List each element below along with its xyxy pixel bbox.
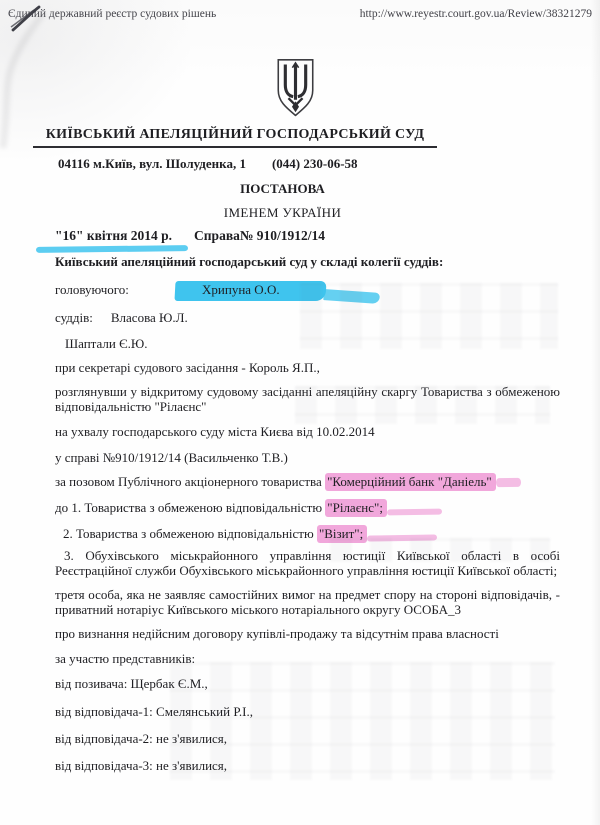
- presiding-judge-label: головуючого:: [55, 283, 129, 298]
- respondent-2-line: 2. Товариства з обмеженою відповідальніс…: [63, 527, 568, 542]
- secretary-line: при секретарі судового засідання - Корол…: [55, 361, 560, 376]
- court-phone: (044) 230-06-58: [272, 156, 358, 172]
- presiding-judge-highlight: Хрипуна О.О.: [174, 281, 326, 301]
- date-case-line: "16" квітня 2014 р. Справа№ 910/1912/14: [55, 228, 325, 244]
- plaintiff-bank-highlight: "Комерційний банк "Даніель": [325, 473, 496, 491]
- cyan-highlighter-underline: [36, 245, 188, 253]
- presiding-judge-row: головуючого: Хрипуна О.О.: [55, 281, 560, 301]
- judges-label: суддів:: [55, 311, 93, 326]
- plaintiff-representative-line: від позивача: Щербак Є.М.,: [55, 677, 560, 692]
- print-header: Єдиний державний реєстр судових рішень h…: [8, 8, 592, 20]
- appealed-ruling-line: на ухвалу господарського суду міста Києв…: [55, 425, 560, 440]
- subject-line: про визнання недійсним договору купівлі-…: [55, 627, 560, 642]
- scanned-court-document-page: Єдиний державний реєстр судових рішень h…: [0, 0, 600, 825]
- pen-scribble-mark: [0, 0, 160, 180]
- title-underline-rule: [33, 146, 437, 148]
- court-address-line: 04116 м.Київ, вул. Шолуденка, 1 (044) 23…: [58, 156, 358, 172]
- respondent-2-prefix: 2. Товариства з обмеженою відповідальніс…: [63, 526, 317, 541]
- respondent-1-highlight: "Рілаєнс";: [325, 499, 387, 517]
- claim-prefix: за позовом Публічного акціонерного товар…: [55, 474, 325, 489]
- case-reference-line: у справі №910/1912/14 (Васильченко Т.В.): [55, 451, 560, 466]
- doc-type-heading: ПОСТАНОВА: [0, 181, 565, 197]
- respondent-3-representative-line: від відповідача-3: не з'явилися,: [55, 759, 560, 774]
- judge-name-2: Шаптали Є.Ю.: [65, 337, 570, 352]
- respondent-1-representative-line: від відповідача-1: Смелянський Р.І.,: [55, 705, 560, 720]
- respondent-2-highlight: "Візит";: [317, 525, 367, 543]
- respondent-2-representative-line: від відповідача-2: не з'явилися,: [55, 732, 560, 747]
- registry-name-label: Єдиний державний реєстр судових рішень: [8, 8, 216, 20]
- reviewed-paragraph: розглянувши у відкритому судовому засіда…: [55, 385, 560, 414]
- judge-row-1: суддів: Власова Ю.Л.: [55, 311, 560, 326]
- presiding-judge-name: Хрипуна О.О.: [202, 283, 280, 298]
- case-number: Справа№ 910/1912/14: [194, 228, 325, 244]
- respondent-1-line: до 1. Товариства з обмеженою відповідаль…: [55, 501, 560, 516]
- document-url: http://www.reyestr.court.gov.ua/Review/3…: [360, 8, 592, 20]
- court-address: 04116 м.Київ, вул. Шолуденка, 1: [58, 156, 246, 172]
- in-name-of-ukraine-heading: ІМЕНЕМ УКРАЇНИ: [0, 205, 565, 221]
- judge-name-1: Власова Ю.Л.: [111, 311, 188, 326]
- panel-intro: Київський апеляційний господарський суд …: [55, 255, 560, 270]
- third-party-paragraph: третя особа, яка не заявляє самостійних …: [55, 588, 560, 617]
- respondent-1-prefix: до 1. Товариства з обмеженою відповідаль…: [55, 500, 325, 515]
- court-title: КИЇВСЬКИЙ АПЕЛЯЦІЙНИЙ ГОСПОДАРСЬКИЙ СУД: [33, 127, 437, 143]
- claim-line: за позовом Публічного акціонерного товар…: [55, 475, 560, 490]
- decision-date: "16" квітня 2014 р.: [55, 228, 172, 244]
- respondent-3-paragraph: 3. Обухівського міськрайонного управлінн…: [55, 549, 560, 578]
- ukraine-trident-emblem-icon: [272, 57, 319, 119]
- participants-label: за участю представників:: [55, 652, 560, 667]
